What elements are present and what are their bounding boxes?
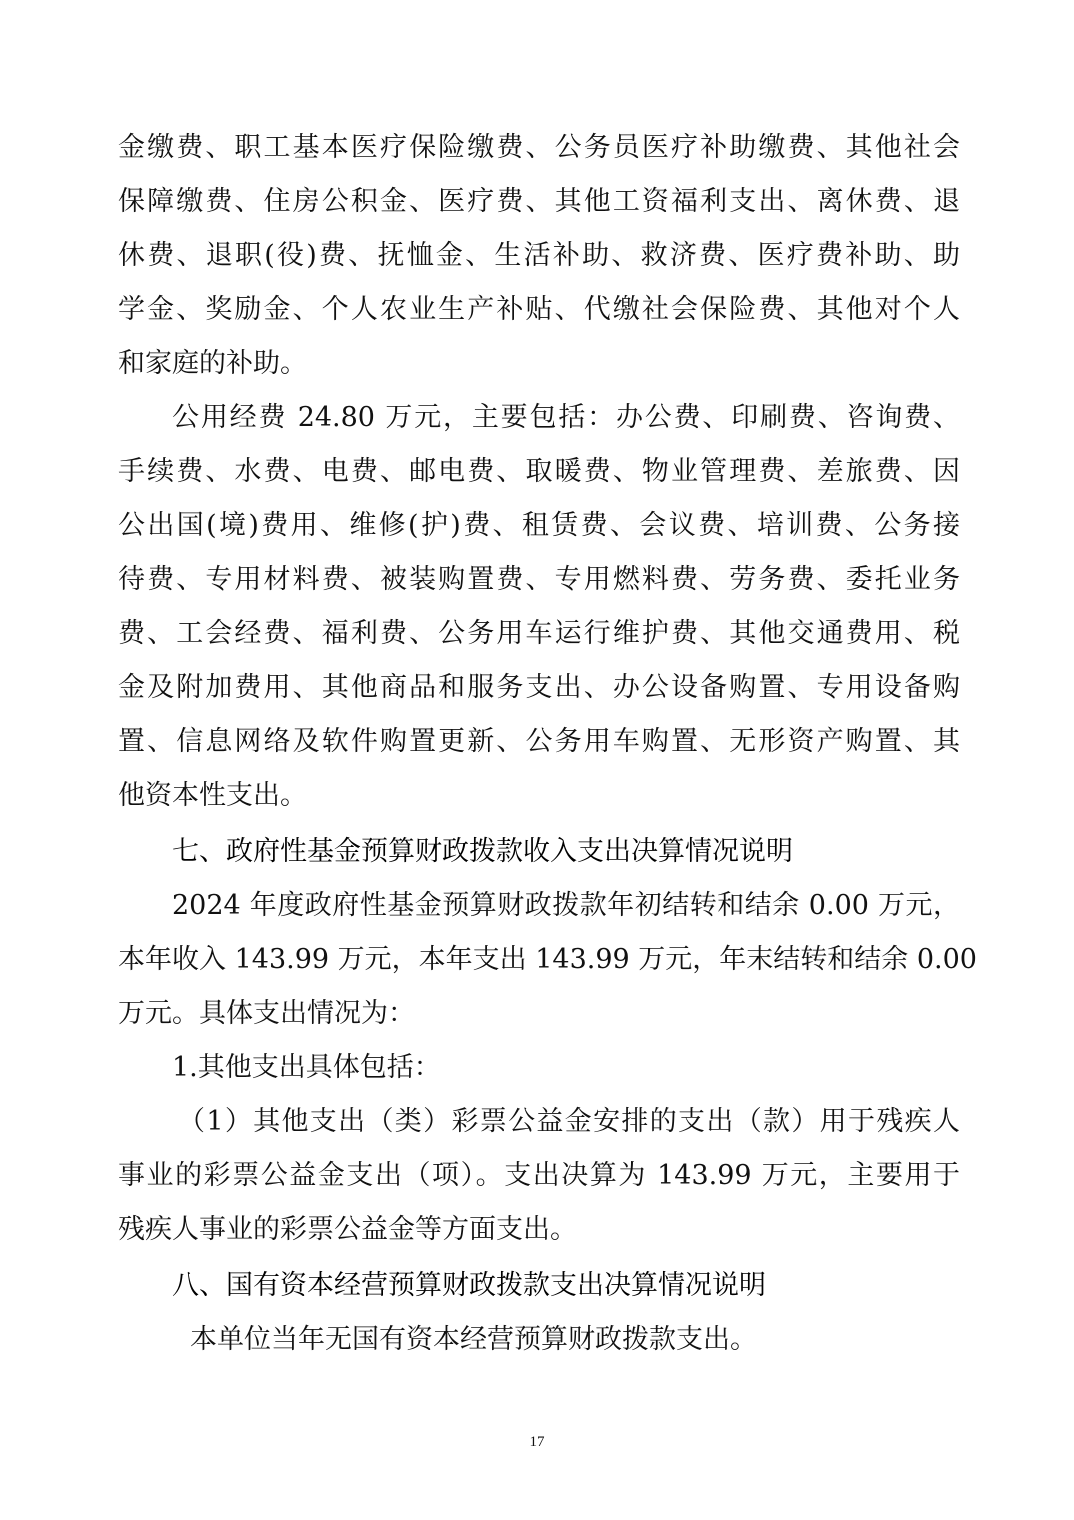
paragraph-line: 公出国(境)费用、维修(护)费、租赁费、会议费、培训费、公务接 — [118, 508, 960, 544]
paragraph-line: 他资本性支出。 — [118, 778, 960, 814]
paragraph-line: 金缴费、职工基本医疗保险缴费、公务员医疗补助缴费、其他社会 — [118, 130, 960, 166]
paragraph-line: 待费、专用材料费、被装购置费、专用燃料费、劳务费、委托业务 — [118, 562, 960, 598]
paragraph-line: 金及附加费用、其他商品和服务支出、办公设备购置、专用设备购 — [118, 670, 960, 706]
paragraph-line: 置、信息网络及软件购置更新、公务用车购置、无形资产购置、其 — [118, 724, 960, 760]
list-item-heading: 1.其他支出具体包括： — [172, 1050, 960, 1086]
section-heading-7: 七、政府性基金预算财政拨款收入支出决算情况说明 — [172, 834, 793, 870]
paragraph-line: 休费、退职(役)费、抚恤金、生活补助、救济费、医疗费补助、助 — [118, 238, 960, 274]
paragraph-line: 公用经费 24.80 万元，主要包括：办公费、印刷费、咨询费、 — [172, 400, 960, 436]
paragraph-line: 残疾人事业的彩票公益金等方面支出。 — [118, 1212, 960, 1248]
page-number: 17 — [0, 1434, 1074, 1451]
paragraph-line: 本单位当年无国有资本经营预算财政拨款支出。 — [190, 1322, 960, 1358]
paragraph-line: 2024 年度政府性基金预算财政拨款年初结转和结余 0.00 万元， — [172, 888, 960, 924]
paragraph-line: 费、工会经费、福利费、公务用车运行维护费、其他交通费用、税 — [118, 616, 960, 652]
paragraph-line: 万元。具体支出情况为： — [118, 996, 960, 1032]
paragraph-line: （1）其他支出（类）彩票公益金安排的支出（款）用于残疾人 — [178, 1104, 960, 1140]
paragraph-line: 保障缴费、住房公积金、医疗费、其他工资福利支出、离休费、退 — [118, 184, 960, 220]
paragraph-line: 本年收入 143.99 万元，本年支出 143.99 万元，年末结转和结余 0.… — [118, 942, 960, 978]
paragraph-line: 和家庭的补助。 — [118, 346, 960, 382]
paragraph-line: 手续费、水费、电费、邮电费、取暖费、物业管理费、差旅费、因 — [118, 454, 960, 490]
document-page: 金缴费、职工基本医疗保险缴费、公务员医疗补助缴费、其他社会 保障缴费、住房公积金… — [0, 0, 1074, 1520]
paragraph-line: 事业的彩票公益金支出（项）。支出决算为 143.99 万元，主要用于 — [118, 1158, 960, 1194]
section-heading-8: 八、国有资本经营预算财政拨款支出决算情况说明 — [172, 1268, 766, 1304]
paragraph-line: 学金、奖励金、个人农业生产补贴、代缴社会保险费、其他对个人 — [118, 292, 960, 328]
